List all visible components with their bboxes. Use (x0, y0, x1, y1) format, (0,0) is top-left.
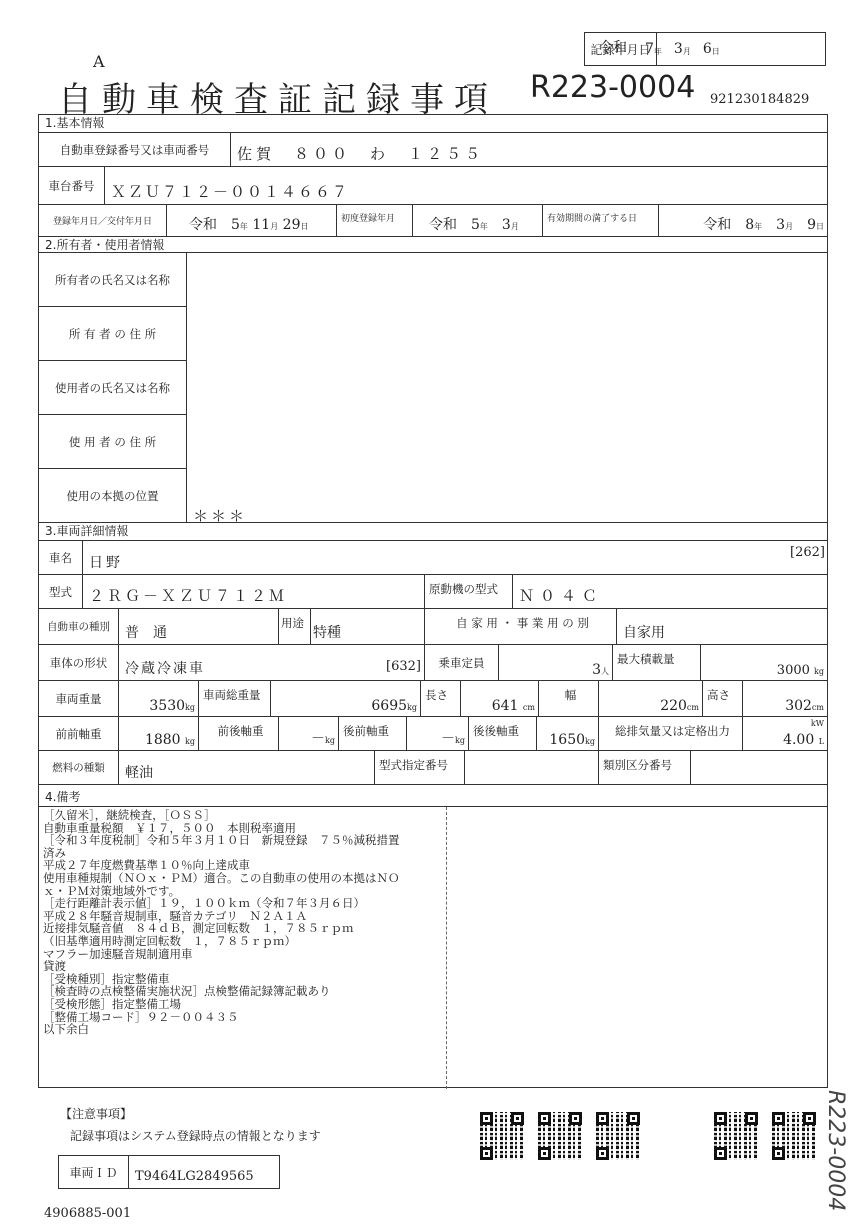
remarks-line: ［走行距離計表示値］１９，１００ｋｍ（令和７年３月６日） (43, 897, 442, 910)
private-value: 自家用 (623, 622, 665, 642)
issue-date-label: 登録年月日／交付年月日 (39, 205, 167, 236)
chassis-value: ＸＺＵ７１２－００１４６６７ (111, 181, 349, 202)
remarks-line: （旧基準適用時測定回転数 １，７８５ｒｐｍ） (43, 935, 442, 948)
type-designation-cell (465, 751, 599, 784)
notice-heading: 【注意事項】 (60, 1105, 132, 1122)
height-value: 302cm (785, 698, 824, 714)
remarks-line: ［整備工場コード］９２－００４３５ (43, 1011, 442, 1024)
ff-axle-value: 1880 kg (145, 732, 195, 748)
length-value: 641 cm (492, 698, 535, 714)
handwritten-note: R223-0004 (823, 1090, 848, 1211)
record-date-box: 記録年月日 令和 7年 3月 6日 (584, 32, 826, 66)
name-code: [262] (790, 545, 825, 560)
qr-code-icon (480, 1112, 524, 1160)
issue-date-cell: 令和 5年 11月 29日 (167, 205, 337, 236)
length-label: 長さ (421, 681, 461, 716)
private-cell: 自家用 (617, 609, 827, 644)
base-location-label: 使用の本拠の位置 (39, 469, 186, 523)
issue-date-value: 令和 5年 11月 29日 (189, 214, 308, 234)
max-load-label: 最大積載量 (613, 645, 701, 680)
row-chassis: 車台番号 ＸＺＵ７１２－００１４６６７ (39, 167, 827, 205)
copy-mark: A (93, 52, 105, 71)
reg-number-cell: 佐賀 ８００ わ １２５５ (231, 133, 827, 166)
user-name-label: 使用者の氏名又は名称 (39, 361, 186, 415)
private-label: 自 家 用 ・ 事 業 用 の 別 (425, 609, 617, 644)
type-label: 自動車の種別 (39, 609, 119, 644)
height-cell: 302cm (743, 681, 827, 716)
max-load-value: 3000 kg (777, 663, 824, 678)
name-label: 車名 (39, 541, 83, 574)
qr-code-icon (772, 1112, 816, 1160)
fuel-value: 軽油 (125, 762, 153, 782)
rr-axle-label: 後後軸重 (469, 717, 537, 750)
model-value: ２ＲＧ－ＸＺＵ７１２Ｍ (89, 585, 287, 606)
displacement-label: 総排気量又は定格出力 (599, 717, 743, 750)
expiry-label: 有効期間の満了する日 (543, 205, 659, 236)
chassis-label: 車台番号 (39, 167, 105, 204)
row-model: 型式 ２ＲＧ－ＸＺＵ７１２Ｍ 原動機の型式 Ｎ０４Ｃ (39, 575, 827, 609)
record-form: 1.基本情報 自動車登録番号又は車両番号 佐賀 ８００ わ １２５５ 車台番号 … (38, 114, 828, 1088)
use-value: 特種 (313, 622, 341, 642)
fuel-label: 燃料の種類 (39, 751, 119, 784)
rf-axle-value: －kg (441, 728, 465, 748)
remarks-line: ［久留米］，継続検査，［ＯＳＳ］ (43, 809, 442, 822)
rr-axle-value: 1650kg (549, 732, 595, 748)
body-code: [632] (386, 659, 421, 674)
displacement-value: 4.00 L (783, 732, 824, 748)
engine-value: Ｎ０４Ｃ (519, 585, 603, 606)
type-designation-label: 型式指定番号 (375, 751, 465, 784)
model-label: 型式 (39, 575, 83, 608)
width-value: 220cm (660, 698, 699, 714)
remarks-line: 使用車種規制（ＮＯｘ・ＰＭ）適合。この自動車の使用の本拠はＮＯ (43, 872, 442, 885)
row-weights: 車両重量 3530kg 車両総重量 6695kg 長さ 641 cm 幅 220… (39, 681, 827, 717)
engine-label: 原動機の型式 (425, 575, 513, 608)
fuel-cell: 軽油 (119, 751, 375, 784)
body-value: 冷蔵冷凍車 (125, 658, 205, 678)
kw-unit: kW (811, 719, 824, 728)
model-cell: ２ＲＧ－ＸＺＵ７１２Ｍ (83, 575, 425, 608)
category-cell (691, 751, 827, 784)
expiry-cell: 令和 8年 3月 9日 (659, 205, 827, 236)
body-label: 車体の形状 (39, 645, 119, 680)
expiry-value: 令和 8年 3月 9日 (703, 214, 824, 234)
use-label: 用途 (279, 609, 311, 644)
qr-code-icon (714, 1112, 758, 1160)
ff-axle-cell: 1880 kg (119, 717, 199, 750)
section-vehicle-header: 3.車両詳細情報 (39, 523, 827, 541)
gross-cell: 6695kg (271, 681, 421, 716)
qr-code-icon (538, 1112, 582, 1160)
user-address-label: 使 用 者 の 住 所 (39, 415, 186, 469)
rr-axle-cell: 1650kg (537, 717, 599, 750)
document-serial: 921230184829 (710, 92, 809, 107)
remarks-line: マフラー加速騒音規制適用車 (43, 948, 442, 961)
use-cell: 特種 (311, 609, 425, 644)
reg-number-label: 自動車登録番号又は車両番号 (39, 133, 231, 166)
row-fuel: 燃料の種類 軽油 型式指定番号 類別区分番号 (39, 751, 827, 785)
name-value: 日野 (89, 552, 123, 572)
row-reg-number: 自動車登録番号又は車両番号 佐賀 ８００ わ １２５５ (39, 133, 827, 167)
capacity-value: 3人 (592, 662, 609, 678)
document-code: R223-0004 (530, 70, 695, 105)
notice-text: 記録事項はシステム登録時点の情報となります (70, 1127, 321, 1144)
weight-label: 車両重量 (39, 681, 119, 716)
fr-axle-label: 前後軸重 (199, 717, 279, 750)
vehicle-id-box: 車両ＩＤ T9464LG2849565 (58, 1155, 280, 1189)
section-basic-header: 1.基本情報 (39, 115, 827, 133)
row-name: 車名 日野 [262] (39, 541, 827, 575)
row-body: 車体の形状 冷蔵冷凍車 [632] 乗車定員 3人 最大積載量 3000 kg (39, 645, 827, 681)
remarks-line: 以下余白 (43, 1023, 442, 1036)
record-date-value: 令和 7年 3月 6日 (591, 37, 726, 63)
remarks-line: ［令和３年度税制］令和５年３月１０日 新規登録 ７５％減税措置 (43, 834, 442, 847)
remarks-line: 貸渡 (43, 960, 442, 973)
displacement-cell: kW 4.00 L (743, 717, 827, 750)
chassis-cell: ＸＺＵ７１２－００１４６６７ (105, 167, 827, 204)
type-value: 普 通 (125, 622, 167, 642)
remarks-line: ［受検形態］指定整備工場 (43, 998, 442, 1011)
owner-name-label: 所有者の氏名又は名称 (39, 253, 186, 307)
capacity-cell: 3人 (499, 645, 613, 680)
name-cell: 日野 [262] (83, 541, 827, 574)
document-number: 4906885-001 (44, 1206, 131, 1221)
vehicle-id-label: 車両ＩＤ (59, 1156, 129, 1188)
fr-axle-value: －kg (311, 728, 335, 748)
remarks-box: ［久留米］，継続検査，［ＯＳＳ］自動車重量税額 ￥１７，５００ 本則税率適用［令… (39, 807, 827, 1089)
length-cell: 641 cm (461, 681, 539, 716)
engine-cell: Ｎ０４Ｃ (513, 575, 827, 608)
height-label: 高さ (703, 681, 743, 716)
width-cell: 220cm (599, 681, 703, 716)
qr-code-icon (596, 1112, 640, 1160)
width-label: 幅 (539, 681, 599, 716)
capacity-label: 乗車定員 (425, 645, 499, 680)
section-owner-header: 2.所有者・使用者情報 (39, 237, 827, 253)
category-label: 類別区分番号 (599, 751, 691, 784)
row-dates: 登録年月日／交付年月日 令和 5年 11月 29日 初度登録年月 令和 5年 3… (39, 205, 827, 237)
row-axles: 前前軸重 1880 kg 前後軸重 －kg 後前軸重 －kg 後後軸重 1650… (39, 717, 827, 751)
max-load-cell: 3000 kg (701, 645, 827, 680)
owner-labels: 所有者の氏名又は名称 所 有 者 の 住 所 使用者の氏名又は名称 使 用 者 … (39, 253, 187, 523)
reg-number-value: 佐賀 ８００ わ １２５５ (237, 143, 484, 164)
section-remarks-header: 4.備考 (39, 785, 827, 807)
fr-axle-cell: －kg (279, 717, 339, 750)
weight-cell: 3530kg (119, 681, 199, 716)
weight-value: 3530kg (149, 698, 195, 714)
body-cell: 冷蔵冷凍車 [632] (119, 645, 425, 680)
type-cell: 普 通 (119, 609, 279, 644)
owner-address-label: 所 有 者 の 住 所 (39, 307, 186, 361)
vehicle-id-value: T9464LG2849565 (129, 1156, 279, 1188)
remarks-text: ［久留米］，継続検査，［ＯＳＳ］自動車重量税額 ￥１７，５００ 本則税率適用［令… (39, 807, 447, 1089)
first-reg-cell: 令和 5年 3月 (413, 205, 543, 236)
rf-axle-cell: －kg (407, 717, 469, 750)
first-reg-value: 令和 5年 3月 (429, 214, 519, 234)
ff-axle-label: 前前軸重 (39, 717, 119, 750)
gross-label: 車両総重量 (199, 681, 271, 716)
row-type: 自動車の種別 普 通 用途 特種 自 家 用 ・ 事 業 用 の 別 自家用 (39, 609, 827, 645)
gross-value: 6695kg (371, 698, 417, 714)
rf-axle-label: 後前軸重 (339, 717, 407, 750)
first-reg-label: 初度登録年月 (337, 205, 413, 236)
